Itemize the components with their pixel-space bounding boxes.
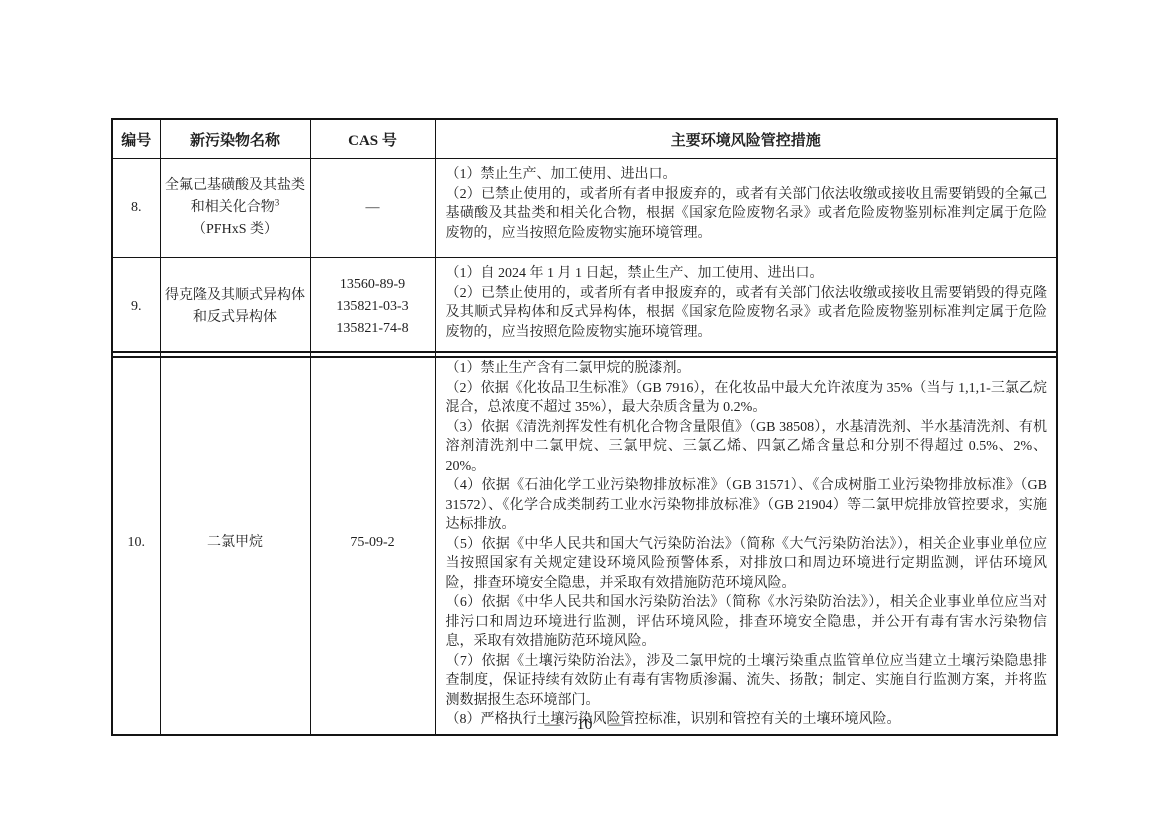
risk-control-measures: （1）自 2024 年 1 月 1 日起，禁止生产、加工使用、进出口。 （2）已… [435,258,1057,358]
header-risk-control-measures: 主要环境风险管控措施 [435,119,1057,159]
measure-item: （6）依据《中华人民共和国水污染防治法》（简称《水污染防治法》），相关企业事业单… [446,593,1048,652]
cas-value: 13560-89-9 [315,274,431,296]
row-number: 9. [112,258,160,358]
pollutant-table-upper: 编号 新污染物名称 CAS 号 主要环境风险管控措施 8. 全氟己基磺酸及其盐类… [111,118,1058,358]
cas-value: — [315,197,431,219]
footer-dash-right: — [609,716,625,733]
document-page: 编号 新污染物名称 CAS 号 主要环境风险管控措施 8. 全氟己基磺酸及其盐类… [0,0,1169,826]
measure-item: （2）已禁止使用的，或者所有者申报废弃的，或者有关部门依法收缴或接收且需要销毁的… [446,185,1048,244]
cas-number: — [310,159,435,258]
header-cas-number: CAS 号 [310,119,435,159]
pollutant-name-text: 得克隆及其顺式异构体和反式异构体 [165,288,305,325]
pollutant-name-note: （PFHxS 类） [165,219,306,241]
table-row: 9. 得克隆及其顺式异构体和反式异构体 13560-89-9 135821-03… [112,258,1057,358]
measure-item: （4）依据《石油化学工业污染物排放标准》（GB 31571）、《合成树脂工业污染… [446,476,1048,535]
pollutant-table-lower: 10. 二氯甲烷 75-09-2 （1）禁止生产含有二氯甲烷的脱漆剂。 （2）依… [111,351,1058,736]
pollutant-name-text: 二氯甲烷 [207,535,263,550]
cas-number: 13560-89-9 135821-03-3 135821-74-8 [310,258,435,358]
pollutant-name: 得克隆及其顺式异构体和反式异构体 [160,258,310,358]
risk-control-measures: （1）禁止生产含有二氯甲烷的脱漆剂。 （2）依据《化妆品卫生标准》（GB 791… [435,352,1057,735]
pollutant-name-text: 全氟己基磺酸及其盐类和相关化合物 [165,178,305,215]
measure-item: （5）依据《中华人民共和国大气污染防治法》（简称《大气污染防治法》），相关企业事… [446,535,1048,594]
footnote-marker: 3 [275,197,280,207]
measure-item: （1）自 2024 年 1 月 1 日起，禁止生产、加工使用、进出口。 [446,264,1048,284]
pollutant-name: 二氯甲烷 [160,352,310,735]
header-id: 编号 [112,119,160,159]
measure-item: （1）禁止生产、加工使用、进出口。 [446,165,1048,185]
page-number: 10 [577,716,593,733]
measure-item: （1）禁止生产含有二氯甲烷的脱漆剂。 [446,359,1048,379]
risk-control-measures: （1）禁止生产、加工使用、进出口。 （2）已禁止使用的，或者所有者申报废弃的，或… [435,159,1057,258]
cas-value: 135821-03-3 [315,296,431,318]
measure-item: （2）已禁止使用的，或者所有者申报废弃的，或者有关部门依法收缴或接收且需要销毁的… [446,284,1048,343]
measure-item: （3）依据《清洗剂挥发性有机化合物含量限值》（GB 38508），水基清洗剂、半… [446,418,1048,477]
footer-dash-left: — [545,716,561,733]
pollutant-name: 全氟己基磺酸及其盐类和相关化合物3 （PFHxS 类） [160,159,310,258]
cas-number: 75-09-2 [310,352,435,735]
measure-item: （7）依据《土壤污染防治法》，涉及二氯甲烷的土壤污染重点监管单位应当建立土壤污染… [446,652,1048,711]
header-pollutant-name: 新污染物名称 [160,119,310,159]
cas-value: 135821-74-8 [315,318,431,340]
table-row: 10. 二氯甲烷 75-09-2 （1）禁止生产含有二氯甲烷的脱漆剂。 （2）依… [112,352,1057,735]
table-row: 8. 全氟己基磺酸及其盐类和相关化合物3 （PFHxS 类） — （1）禁止生产… [112,159,1057,258]
row-number: 8. [112,159,160,258]
cas-value: 75-09-2 [315,532,431,554]
row-number: 10. [112,352,160,735]
table-header-row: 编号 新污染物名称 CAS 号 主要环境风险管控措施 [112,119,1057,159]
measure-item: （2）依据《化妆品卫生标准》（GB 7916），在化妆品中最大允许浓度为 35%… [446,379,1048,418]
page-footer: —10— [0,716,1169,734]
